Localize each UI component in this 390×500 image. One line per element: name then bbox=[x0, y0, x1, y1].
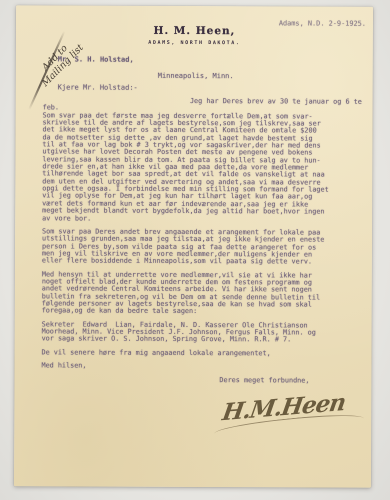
recipient-name: Mr. S. H. Holstad, bbox=[58, 55, 134, 63]
salutation: Kjere Mr. Holstad:- bbox=[58, 83, 138, 91]
letter-page: Add to Mailing list Adams, N.D. 2-9-1925… bbox=[14, 5, 373, 488]
body-paragraph-officers: Sekreter Edward Lian, Fairdale, N. D. Ka… bbox=[42, 321, 372, 344]
sign-off: Med hilsen, bbox=[41, 362, 371, 371]
body-paragraph-1: Jeg har Deres brev av 30 te januar og 6 … bbox=[42, 97, 373, 223]
letter-body: Jeg har Deres brev av 30 te januar og 6 … bbox=[41, 97, 372, 385]
recipient-city: Minneapolis, Minn. bbox=[158, 72, 234, 80]
body-paragraph-followup: De vil senere høre fra mig angaaend loka… bbox=[42, 349, 372, 358]
letterhead-name: H. M. Heen, bbox=[16, 24, 373, 38]
scan-background: Add to Mailing list Adams, N.D. 2-9-1925… bbox=[0, 0, 390, 500]
body-paragraph-2: Som svar paa Deres andet brev angaaende … bbox=[42, 228, 372, 266]
closing-line: Deres meget forbundne, bbox=[219, 376, 371, 385]
body-paragraph-3: Med hensyn til at underrette vore medlem… bbox=[42, 271, 372, 317]
